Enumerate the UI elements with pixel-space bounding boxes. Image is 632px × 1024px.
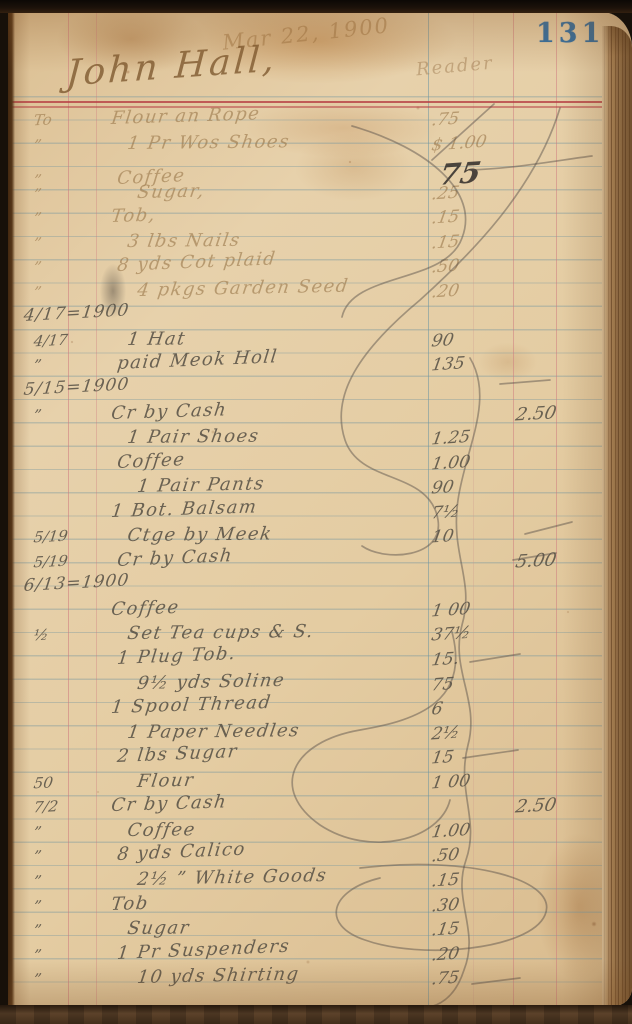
entry-credit (495, 269, 592, 274)
entry-date: ” (17, 280, 104, 302)
entry-credit (495, 220, 592, 225)
entry-date: ” (17, 918, 104, 940)
entry-credit (495, 735, 592, 740)
entry-debit: .15 (408, 229, 498, 255)
entry-debit (409, 563, 496, 569)
entry-credit (495, 833, 592, 838)
entry-debit: .30 (408, 892, 498, 918)
entry-date (18, 735, 103, 739)
entry-credit (495, 882, 592, 887)
page-number: 131 (536, 18, 604, 49)
entry-date: ½ (17, 623, 104, 645)
entry-credit: 5.00 (494, 547, 595, 573)
entry-item (136, 387, 410, 393)
entry-date: ” (17, 353, 104, 375)
entry-date (18, 662, 103, 666)
entry-date (18, 760, 103, 764)
entry-date: ” (17, 132, 104, 154)
entry-date: ” (17, 820, 104, 842)
entry-credit (495, 907, 592, 912)
entry-credit (495, 637, 592, 642)
entry-date: ” (17, 869, 104, 891)
entry-credit (495, 686, 592, 691)
entry-date: ” (17, 942, 104, 964)
entry-date: 4/17=1900 (16, 302, 103, 326)
ledger-row: ”Tob,.15 (18, 206, 592, 231)
entry-debit: .15 (408, 204, 498, 230)
entry-date: ” (17, 844, 104, 866)
entry-debit: 135 (408, 351, 498, 377)
ledger-row: 1 Bot. Balsam7½ (18, 501, 592, 526)
entry-date: To (17, 108, 104, 130)
entry-credit (495, 342, 592, 347)
entry-credit (495, 465, 592, 470)
entry-debit: 2½ (408, 720, 498, 746)
ledger-row: ”Tob.30 (18, 894, 592, 919)
entry-credit: 2.50 (494, 793, 595, 819)
entry-debit: .15 (408, 916, 498, 942)
ledger-page: 131 Mar 22, 1900 Reader John Hall, ToFlo… (8, 12, 632, 1006)
entry-date: 7/2 (17, 795, 104, 817)
entry-date: ” (17, 967, 104, 989)
entry-date: 5/19 (17, 525, 104, 547)
entry-credit (495, 514, 592, 519)
entry-credit (495, 293, 592, 298)
entry-debit: .75 (408, 965, 498, 991)
entry-debit: 1.25 (408, 425, 498, 451)
entry-debit (409, 416, 496, 422)
entry-date: 4/17 (17, 329, 104, 351)
entry-debit: 1.00 (408, 818, 498, 844)
entry-credit (495, 195, 592, 200)
entry-debit: .15 (408, 867, 498, 893)
entry-date: ” (17, 893, 104, 915)
entry-item (136, 584, 410, 590)
entry-debit: .20 (408, 941, 498, 967)
entry-date (18, 515, 103, 519)
ledger-row: ToFlour an Rope.75 (18, 108, 592, 133)
entry-date: 50 (17, 771, 104, 793)
entry-credit (495, 391, 592, 396)
entry-date: ” (17, 231, 104, 253)
entry-credit (495, 441, 592, 446)
entry-credit (495, 121, 592, 126)
entry-debit: .50 (408, 842, 498, 868)
entry-date: ” (17, 255, 104, 277)
ledger-row: Coffee1 00 (18, 599, 592, 624)
entry-credit: 2.50 (494, 400, 595, 426)
entry-debit: 90 (408, 474, 498, 500)
ledger-row: ”1 Pr Wos Shoes$ 1.00 (18, 133, 592, 158)
book-top-edge (0, 0, 632, 13)
header-note: Reader (415, 53, 494, 81)
entry-debit: 1.00 (408, 450, 498, 476)
entry-credit (495, 367, 592, 372)
entry-item: 10 yds Shirting (136, 961, 413, 988)
entry-date (18, 613, 103, 617)
entry-debit: 15. (408, 646, 498, 672)
entry-credit (495, 981, 592, 986)
entry-date: 5/15=1900 (16, 376, 103, 400)
entry-credit (495, 490, 592, 495)
ledger-row: ”4 pkgs Garden Seed.20 (18, 280, 592, 305)
entry-debit: $ 1.00 (408, 131, 498, 157)
entry-date (18, 465, 103, 469)
entry-credit (495, 146, 592, 151)
entry-credit (495, 539, 592, 544)
ledger-row: 5/19Cr by Cash5.00 (18, 550, 592, 575)
entry-credit (495, 760, 592, 765)
entry-credit (495, 244, 592, 249)
entry-debit: 10 (408, 523, 498, 549)
entry-date (18, 490, 103, 494)
table-surface (0, 1005, 632, 1024)
ledger-row: ”Cr by Cash2.50 (18, 403, 592, 428)
entry-item: 1 Pr Wos Shoes (126, 130, 413, 154)
entry-item: Flour an Rope (110, 98, 413, 129)
entry-item (110, 310, 410, 319)
book-fore-edge (602, 26, 632, 1006)
entry-debit (409, 316, 496, 322)
entry-debit (409, 808, 496, 814)
entry-credit (495, 932, 592, 937)
entry-date: 6/13=1900 (16, 572, 103, 596)
entry-debit: 75 (408, 671, 498, 697)
entry-date: ” (17, 206, 104, 228)
ledger-row: ”paid Meok Holl135 (18, 353, 592, 378)
entry-credit (495, 662, 592, 667)
entry-debit (409, 390, 496, 396)
entry-debit: 6 (408, 695, 498, 721)
entry-date: ” (17, 181, 104, 203)
entry-credit (495, 612, 592, 617)
entry-debit: 37½ (408, 622, 498, 648)
entry-credit (495, 317, 592, 322)
entry-date (18, 711, 103, 715)
ledger-entries: ToFlour an Rope.75”1 Pr Wos Shoes$ 1.00”… (18, 108, 592, 992)
entry-debit: 1 00 (408, 597, 498, 623)
entry-debit: .75 (408, 106, 498, 132)
entry-date (18, 686, 103, 690)
entry-debit: .20 (408, 278, 498, 304)
ledger-row: 4/17=1900 (18, 304, 592, 329)
ledger-row: ”10 yds Shirting.75 (18, 967, 592, 992)
entry-credit (495, 784, 592, 789)
entry-debit: 7½ (408, 499, 498, 525)
ledger-row: 1 Spool Thread6 (18, 697, 592, 722)
entry-credit (495, 587, 592, 592)
entry-date (18, 441, 103, 445)
entry-date: ” (17, 402, 104, 424)
account-name: John Hall, (65, 38, 279, 94)
entry-date: 5/19 (17, 550, 104, 572)
entry-debit: 1 00 (408, 769, 498, 795)
book-binding-edge (8, 12, 15, 1006)
entry-debit: 15 (408, 744, 498, 770)
ledger-photo: 131 Mar 22, 1900 Reader John Hall, ToFlo… (0, 0, 632, 1024)
entry-credit (495, 711, 592, 716)
entry-credit (495, 956, 592, 961)
ledger-row: 7/2Cr by Cash2.50 (18, 795, 592, 820)
entry-credit (495, 858, 592, 863)
entry-debit: .50 (408, 253, 498, 279)
entry-debit: 90 (408, 327, 498, 353)
entry-debit (409, 586, 496, 592)
